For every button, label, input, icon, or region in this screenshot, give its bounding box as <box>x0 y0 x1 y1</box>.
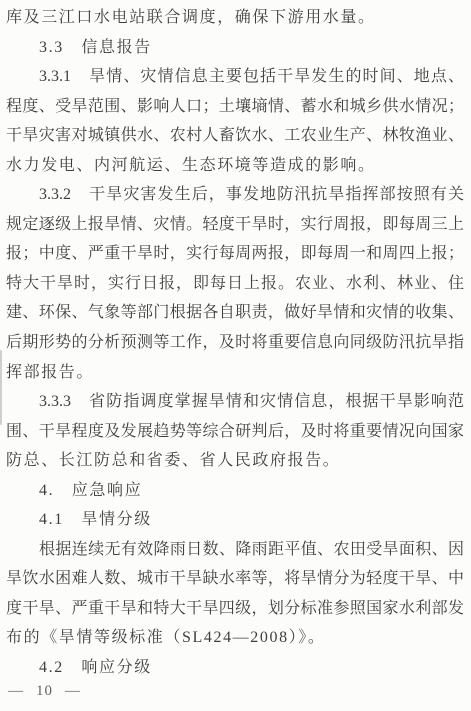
text-line: 度干旱、严重干旱和特大干旱四级，划分标准参照国家水利部发 <box>6 594 464 624</box>
text-line: 库及三江口水电站联合调度，确保下游用水量。 <box>6 3 464 33</box>
page-footer: —10— <box>8 681 81 701</box>
text-line: 旱饮水困难人数、城市干旱缺水率等，将旱情分为轻度干旱、中 <box>6 564 464 594</box>
page-number: 10 <box>36 681 53 701</box>
text-line: 报；中度、严重干旱时，实行每周两报，即每周一和周四上报； <box>6 239 464 269</box>
section-heading: 4.2 响应分级 <box>6 653 464 683</box>
text-line: 特大干旱时，实行日报，即每日上报。农业、水利、林业、住 <box>6 269 464 299</box>
section-heading: 3.3 信息报告 <box>6 33 464 63</box>
text-line: 3.3.3 省防指调度掌握旱情和灾情信息，根据干旱影响范 <box>6 387 464 417</box>
text-line: 围、干旱程度及发展趋势等综合研判后，及时将重要情况向国家 <box>6 417 464 447</box>
text-line: 布的《旱情等级标准（SL424—2008）》。 <box>6 623 464 653</box>
section-heading: 4.1 旱情分级 <box>6 505 464 535</box>
text-line: 防总、长江防总和省委、省人民政府报告。 <box>6 446 464 476</box>
text-line: 干旱灾害对城镇供水、农村人畜饮水、工农业生产、林牧渔业、 <box>6 121 464 151</box>
text-line: 后期形势的分析预测等工作，及时将重要信息向同级防汛抗旱指 <box>6 328 464 358</box>
document-body: 库及三江口水电站联合调度，确保下游用水量。3.3 信息报告3.3.1 旱情、灾情… <box>6 3 464 683</box>
text-line: 根据连续无有效降雨日数、降雨距平值、农田受旱面积、因 <box>6 535 464 565</box>
text-line: 水力发电、内河航运、生态环境等造成的影响。 <box>6 151 464 181</box>
document-page: 库及三江口水电站联合调度，确保下游用水量。3.3 信息报告3.3.1 旱情、灾情… <box>0 0 471 711</box>
text-line: 3.3.2 干旱灾害发生后，事发地防汛抗旱指挥部按照有关 <box>6 180 464 210</box>
scan-edge-artifact <box>0 350 2 425</box>
footer-dash-left: — <box>8 681 24 701</box>
text-line: 建、环保、气象等部门根据各自职责，做好旱情和灾情的收集、 <box>6 298 464 328</box>
section-heading: 4. 应急响应 <box>6 476 464 506</box>
text-line: 程度、受旱范围、影响人口；土壤墒情、蓄水和城乡供水情况； <box>6 92 464 122</box>
text-line: 挥部报告。 <box>6 358 464 388</box>
text-line: 3.3.1 旱情、灾情信息主要包括干旱发生的时间、地点、 <box>6 62 464 92</box>
text-line: 规定逐级上报旱情、灾情。轻度干旱时，实行周报，即每周三上 <box>6 210 464 240</box>
footer-dash-right: — <box>65 681 81 701</box>
